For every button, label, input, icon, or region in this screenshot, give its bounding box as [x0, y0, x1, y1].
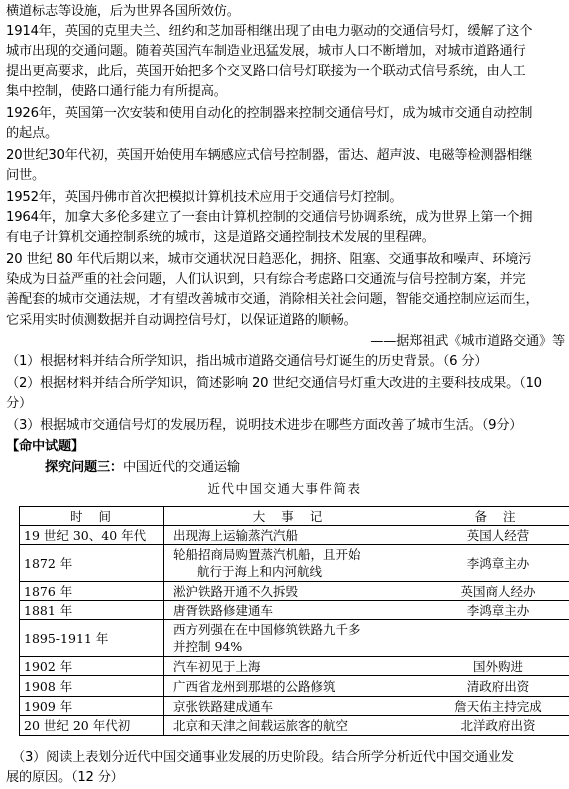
material-line: 集中控制，使路口通行能力有所提高。 [6, 82, 566, 102]
material-line: 1964年，加拿大多伦多建立了一套由计算机控制的交通信号协调系统，成为世界上第一… [6, 208, 566, 228]
material-line: 横道标志等设施，后为世界各国所效仿。 [6, 2, 566, 22]
cell-note: 李鸿章主办 [413, 545, 569, 582]
question-3: （3）根据城市交通信号灯的发展历程，说明技术进步在哪些方面改善了城市生活。（9分… [6, 416, 566, 436]
cell-event-line1: 轮船招商局购置蒸汽机船，且开始 [173, 546, 413, 563]
cell-time: 20 世纪 20 年代初 [20, 716, 164, 736]
cell-note [413, 620, 569, 657]
table-row: 1908 年 广西省龙州到那堪的公路修筑 清政府出资 [20, 676, 569, 697]
cell-event: 轮船招商局购置蒸汽机船，且开始航行于海上和内河航线 [164, 545, 414, 582]
header-note: 备 注 [413, 507, 569, 526]
cell-time: 1909 年 [20, 697, 164, 716]
subheading-label: 探究问题三： [45, 460, 123, 475]
cell-event: 唐胥铁路修建通车 [164, 601, 414, 620]
final-question: （3）阅读上表划分近代中国交通事业发展的历史阶段。结合所学分析近代中国交通业发 [12, 748, 569, 768]
table-row: 1902 年 汽车初见于上海 国外购进 [20, 657, 569, 676]
subheading-text: 中国近代的交通运输 [123, 460, 240, 475]
cell-event: 出现海上运输蒸汽汽船 [164, 526, 414, 545]
material-line: 20世纪30年代初，英国开始使用车辆感应式信号控制器，雷达、超声波、电磁等检测器… [6, 146, 566, 166]
section-heading: 【命中试题】 [6, 437, 566, 457]
material-line: 城市出现的交通问题。随着英国汽车制造业迅猛发展，城市人口不断增加，对城市道路通行 [6, 42, 566, 62]
material-line: 染成为日益严重的社会问题，人们认识到，只有综合考虑路口交通流与信号控制方案，并完 [6, 270, 566, 290]
material-line: 20 世纪 80 年代后期以来，城市交通状况日趋恶化，拥挤、阻塞、交通事故和噪声… [6, 250, 566, 270]
cell-time: 1908 年 [20, 676, 164, 697]
question-2-cont: 分） [6, 394, 566, 414]
cell-event: 西方列强在在中国修筑铁路九千多并控制 94% [164, 620, 414, 657]
material-line: 提出更高要求，此后，英国开始把多个交叉路口信号灯联接为一个联动式信号系统，由人工 [6, 62, 566, 82]
material-line: 1926年，英国第一次安装和使用自动化的控制器来控制交通信号灯，成为城市交通自动… [6, 104, 566, 124]
final-question-cont: 展的原因。（12 分） [6, 768, 566, 788]
material-line: 问世。 [6, 166, 566, 186]
table-row: 1872 年 轮船招商局购置蒸汽机船，且开始航行于海上和内河航线 李鸿章主办 [20, 545, 569, 582]
cell-note: 清政府出资 [413, 676, 569, 697]
table-title: 近代中国交通大事件简表 [0, 479, 569, 497]
cell-event: 广西省龙州到那堪的公路修筑 [164, 676, 414, 697]
material-line: 1914年，英国的克里夫兰、纽约和芝加哥相继出现了由电力驱动的交通信号灯，缓解了… [6, 22, 566, 42]
cell-event: 淞沪铁路开通不久拆毁 [164, 582, 414, 601]
cell-note: 李鸿章主办 [413, 601, 569, 620]
material-line: 的起点。 [6, 124, 566, 144]
header-time: 时 间 [20, 507, 164, 526]
cell-event: 京张铁路建成通车 [164, 697, 414, 716]
cell-event: 汽车初见于上海 [164, 657, 414, 676]
cell-time: 1902 年 [20, 657, 164, 676]
cell-note: 北洋政府出资 [413, 716, 569, 736]
table-row: 1895-1911 年 西方列强在在中国修筑铁路九千多并控制 94% [20, 620, 569, 657]
cell-time: 1895-1911 年 [20, 620, 164, 657]
table-row: 1909 年 京张铁路建成通车 詹天佑主持完成 [20, 697, 569, 716]
cell-note: 詹天佑主持完成 [413, 697, 569, 716]
source-citation: ——据郑祖武《城市道路交通》等 [5, 332, 565, 352]
cell-time: 1876 年 [20, 582, 164, 601]
question-1: （1）根据材料并结合所学知识，指出城市道路交通信号灯诞生的历史背景。（6 分） [6, 352, 566, 372]
cell-note: 国外购进 [413, 657, 569, 676]
table-row: 1881 年 唐胥铁路修建通车 李鸿章主办 [20, 601, 569, 620]
question-2: （2）根据材料并结合所学知识，简述影响 20 世纪交通信号灯重大改进的主要科技成… [6, 374, 566, 394]
material-line: 有电子计算机交通控制系统的城市，这是道路交通控制技术发展的里程碑。 [6, 228, 566, 248]
material-line: 1952年，英国丹佛市首次把模拟计算机技术应用于交通信号灯控制。 [6, 188, 566, 208]
material-line: 它采用实时侦测数据并自动调控信号灯，以保证道路的顺畅。 [6, 311, 566, 331]
cell-event-line2: 航行于海上和内河航线 [173, 563, 322, 580]
material-line: 善配套的城市交通法规，才有望改善城市交通，消除相关社会问题，智能交通控制应运而生… [6, 290, 566, 310]
cell-time: 19 世纪 30、40 年代 [20, 526, 164, 545]
events-table: 时 间 大 事 记 备 注 19 世纪 30、40 年代 出现海上运输蒸汽汽船 … [19, 506, 569, 736]
cell-note: 英国商人经办 [413, 582, 569, 601]
table-row: 20 世纪 20 年代初 北京和天津之间载运旅客的航空 北洋政府出资 [20, 716, 569, 736]
cell-event: 北京和天津之间载运旅客的航空 [164, 716, 414, 736]
table-row: 1876 年 淞沪铁路开通不久拆毁 英国商人经办 [20, 582, 569, 601]
cell-time: 1881 年 [20, 601, 164, 620]
table-header-row: 时 间 大 事 记 备 注 [20, 507, 569, 526]
cell-event-line2: 并控制 94% [173, 638, 413, 655]
cell-event-line1: 西方列强在在中国修筑铁路九千多 [173, 621, 413, 638]
header-event: 大 事 记 [164, 507, 414, 526]
cell-time: 1872 年 [20, 545, 164, 582]
cell-note: 英国人经营 [413, 526, 569, 545]
table-row: 19 世纪 30、40 年代 出现海上运输蒸汽汽船 英国人经营 [20, 526, 569, 545]
subheading: 探究问题三：中国近代的交通运输 [45, 458, 569, 478]
